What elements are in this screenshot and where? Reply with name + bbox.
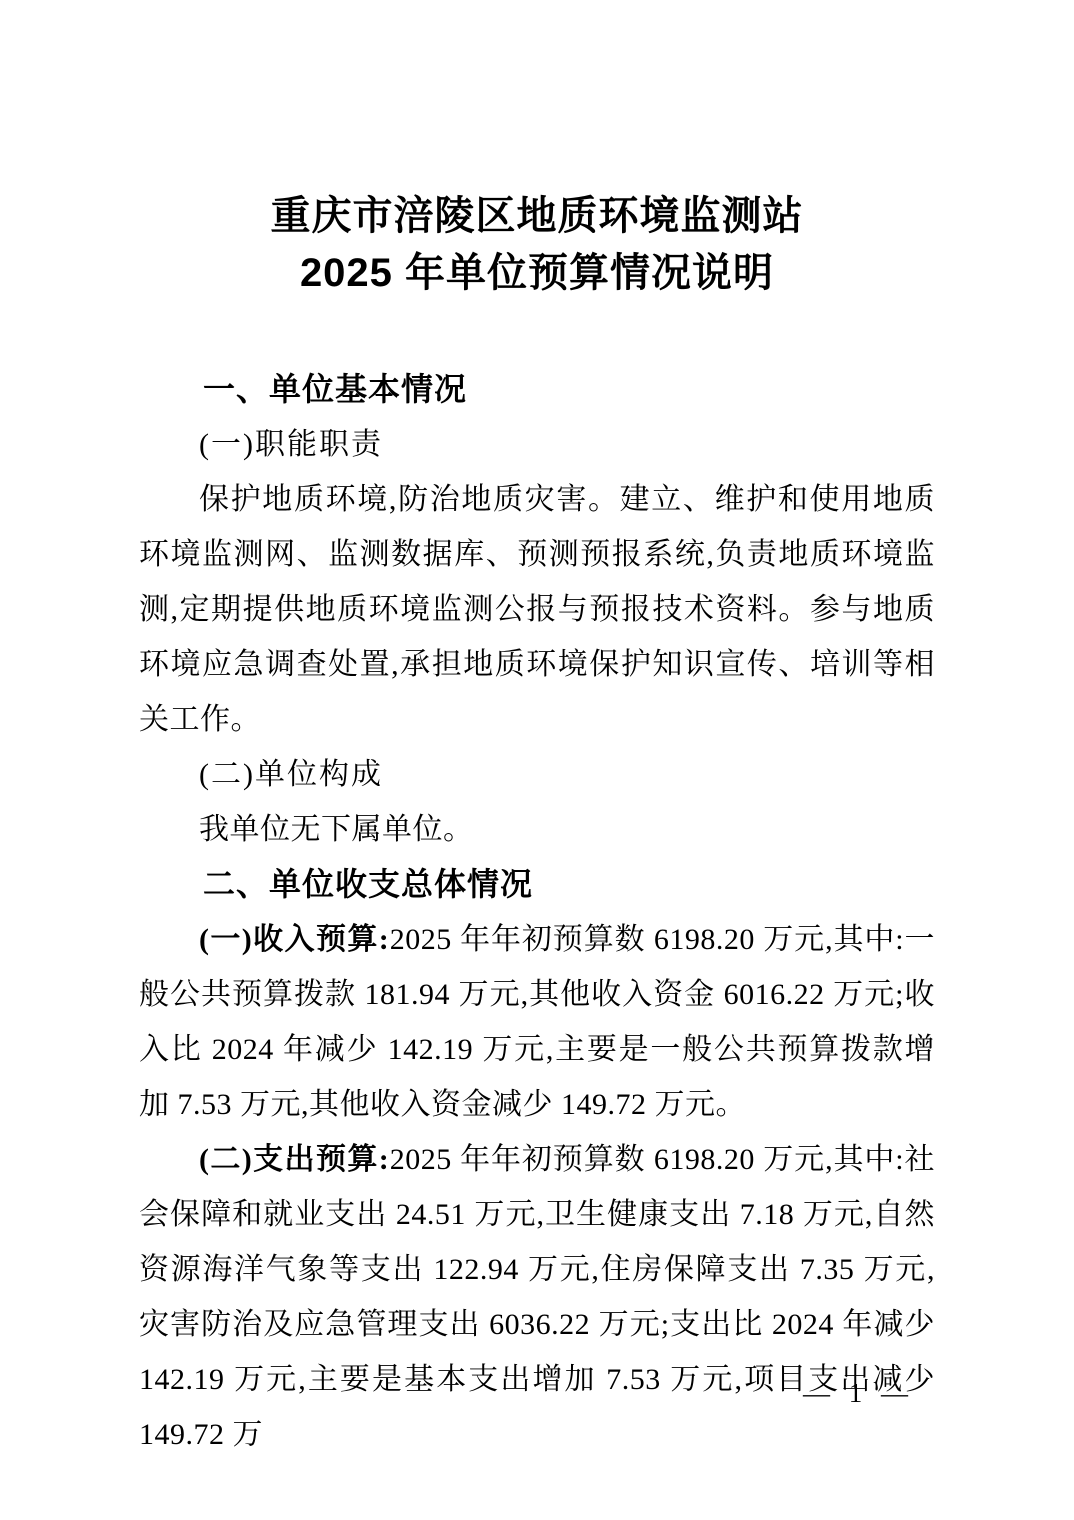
document-page: 重庆市涪陵区地质环境监测站 2025 年单位预算情况说明 一、单位基本情况 (一… [0, 0, 1074, 1520]
document-title-line2: 2025 年单位预算情况说明 [139, 245, 935, 302]
section1-sub1-heading: (一)职能职责 [139, 417, 935, 472]
expense-budget-paragraph: (二)支出预算:2025 年年初预算数 6198.20 万元,其中:社会保障和就… [139, 1132, 935, 1462]
income-budget-paragraph: (一)收入预算:2025 年年初预算数 6198.20 万元,其中:一般公共预算… [139, 912, 935, 1132]
section2-heading: 二、单位收支总体情况 [139, 857, 935, 912]
section1-sub2-paragraph: 我单位无下属单位。 [139, 802, 935, 857]
income-budget-label: (一)收入预算: [199, 923, 390, 956]
expense-budget-label: (二)支出预算: [199, 1143, 390, 1176]
document-title-line1: 重庆市涪陵区地质环境监测站 [139, 188, 935, 245]
document-title: 重庆市涪陵区地质环境监测站 2025 年单位预算情况说明 [139, 188, 935, 302]
section1-heading: 一、单位基本情况 [139, 362, 935, 417]
section1-sub1-paragraph: 保护地质环境,防治地质灾害。建立、维护和使用地质环境监测网、监测数据库、预测预报… [139, 472, 935, 747]
document-content: 重庆市涪陵区地质环境监测站 2025 年单位预算情况说明 一、单位基本情况 (一… [0, 0, 1074, 1462]
page-number: — 1 — [803, 1378, 914, 1408]
section1-sub2-heading: (二)单位构成 [139, 747, 935, 802]
